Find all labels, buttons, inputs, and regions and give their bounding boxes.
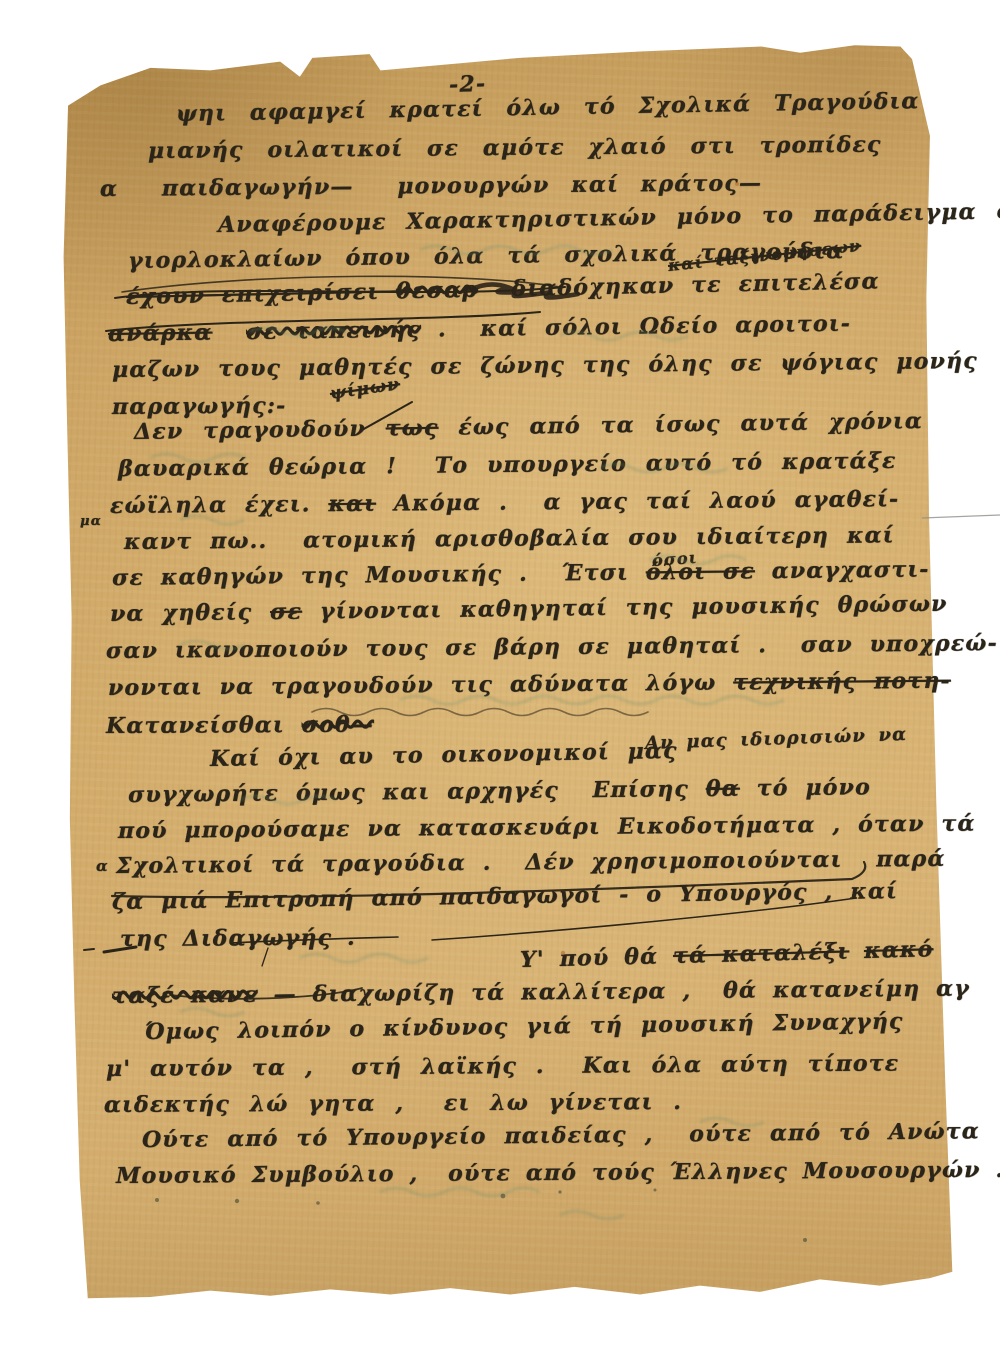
manuscript-line: να χηθείς σε γίνονται καθηγηταί της μουσ…	[110, 591, 948, 627]
margin-note: μα	[80, 514, 102, 529]
manuscript-line: Σχολτικοί τά τραγούδια . Δέν χρησιμοποιο…	[116, 846, 946, 879]
handwritten-text: Σχολτικοί τά τραγούδια . Δέν χρησιμοποιο…	[116, 846, 946, 879]
handwritten-text	[212, 319, 246, 345]
handwritten-text: Αν μας ιδιορισιών να	[645, 724, 908, 754]
struck-text: θεσαρ	[396, 277, 478, 305]
struck-text: σε ταπεινής	[246, 317, 421, 345]
manuscript-line: μ' αυτόν τα , στή λαϊκής . Και όλα αύτη …	[106, 1050, 900, 1082]
handwritten-text: έως από τα ίσως αυτά χρόνια	[438, 408, 923, 441]
handwritten-text: ψηι αφαμγεί κρατεί όλω τό Σχολικά Τραγού…	[176, 88, 920, 127]
manuscript-line: παραγωγής:-	[112, 393, 287, 420]
manuscript-line: ψηι αφαμγεί κρατεί όλω τό Σχολικά Τραγού…	[176, 88, 920, 127]
manuscript-line: Κατανείσθαι σοθ—	[106, 712, 374, 739]
manuscript-line: καντ πω.. ατομική αρισθοβαλία σου ιδιαίτ…	[124, 522, 895, 555]
struck-text: τως	[386, 415, 439, 442]
manuscript-line: μιανής οιλατικοί σε αμότε χλαιό στι τροπ…	[148, 132, 882, 164]
manuscript-line: σαν ικανοποιούν τους σε βάρη σε μαθηταί …	[106, 630, 998, 664]
handwritten-text: . καί σόλοι Ωδείο αροιτοι-	[421, 311, 851, 343]
handwritten-text: σε καθηγών της Μουσικής . Έτσι	[112, 559, 646, 591]
manuscript-line: νονται να τραγουδούν τις αδύνατα λόγω τε…	[108, 668, 951, 701]
handwritten-text	[849, 938, 865, 964]
handwritten-text: μαζων τους μαθητές σε ζώνης της όλης σε …	[112, 348, 978, 383]
page-number: -2-	[449, 71, 487, 98]
manuscript-line: Μουσικό Συμβούλιο , ούτε από τούς Έλληνε…	[116, 1157, 1000, 1189]
manuscript-line: α παιδαγωγήν— μονουργών καί κράτος—	[100, 170, 762, 202]
struck-text: σοθ—	[302, 712, 375, 738]
handwritten-text: Καί όχι αυ το οικονομικοί μας	[210, 738, 678, 772]
handwritten-text: Αναφέρουμε Χαρακτηριστικών μόνο το παράδ…	[218, 198, 1000, 238]
handwritten-text: να χηθείς	[110, 599, 270, 627]
manuscript-line: έχουν επιχειρίσει θεσαρ διαδόχηκαν τε επ…	[126, 268, 880, 310]
handwritten-text: Υ' πού θά	[520, 943, 674, 973]
handwritten-text: εώϊληλα έχει.	[110, 491, 329, 519]
handwritten-text: σαν ικανοποιούν τους σε βάρη σε μαθηταί …	[106, 630, 998, 664]
handwritten-text: αιδεκτής λώ γητα , ει λω γίνεται .	[104, 1089, 682, 1118]
manuscript-line: ανάρκα σε ταπεινής . καί σόλοι Ωδείο αρο…	[108, 311, 851, 347]
struck-text: έχουν επιχειρίσει	[126, 278, 397, 310]
margin-note: α	[96, 857, 109, 875]
handwritten-text: Κατανείσθαι	[106, 712, 302, 739]
struck-text: τά καταλέξι	[673, 938, 850, 969]
struck-text: τεχνικής ποτη-	[733, 668, 951, 696]
manuscript-line: εώϊληλα έχει. και Ακόμα . α γας ταί λαού…	[110, 486, 900, 519]
struck-text: ταξέ κανε	[112, 982, 258, 1009]
manuscript-line: σε καθηγών της Μουσικής . Έτσι όλοι σε α…	[112, 556, 930, 591]
handwritten-text: Όμως λοιπόν ο κίνδυνος γιά τή μουσική Συ…	[145, 1008, 904, 1045]
manuscript-line: Όμως λοιπόν ο κίνδυνος γιά τή μουσική Συ…	[145, 1008, 904, 1045]
inserted-correction: όσοι	[651, 548, 698, 570]
struck-text: ανάρκα	[108, 320, 213, 347]
manuscript-line: βαυαρικά θεώρια ! Το υπουργείο αυτό τό κ…	[118, 448, 897, 482]
handwritten-text: α παιδαγωγήν— μονουργών καί κράτος—	[100, 170, 762, 202]
manuscript-line: συγχωρήτε όμως και αρχηγές Επίσης θα τό …	[128, 774, 871, 808]
handwritten-text: της Διδαγωγής .	[120, 925, 356, 952]
manuscript-line: αιδεκτής λώ γητα , ει λω γίνεται .	[104, 1089, 682, 1118]
handwritten-text: Μουσικό Συμβούλιο , ούτε από τούς Έλληνε…	[116, 1157, 1000, 1189]
handwritten-text: όσοι	[651, 548, 698, 570]
struck-text: σε	[270, 599, 302, 625]
handwritten-text: Ακόμα . α γας ταί λαού αγαθεί-	[376, 486, 899, 517]
manuscript-line: Αναφέρουμε Χαρακτηριστικών μόνο το παράδ…	[218, 198, 1000, 238]
manuscript-line: ζα μιά Επιτροπή από παιδαγωγοί - ο Υπουρ…	[112, 878, 898, 915]
handwritten-text: αναγχαστι-	[755, 556, 930, 584]
handwritten-text: πού μπορούσαμε να κατασκευάρι Εικοδοτήμα…	[118, 811, 976, 844]
handwritten-text: α	[96, 857, 109, 875]
handwritten-text: μα	[80, 514, 102, 529]
handwritten-text: βαυαρικά θεώρια ! Το υπουργείο αυτό τό κ…	[118, 448, 897, 482]
handwritten-text: Δεν τραγουδούν	[134, 415, 386, 445]
struck-text: και	[328, 491, 376, 517]
handwritten-text: γίνονται καθηγηταί της μουσικής θρώσων	[302, 591, 948, 625]
struck-text: κακό	[864, 936, 934, 964]
handwritten-text: τό μόνο	[740, 774, 871, 801]
manuscript-line: ταξέ κανε — διαχωρίζη τά καλλίτερα , θά …	[112, 976, 970, 1009]
manuscript-line: μαζων τους μαθητές σε ζώνης της όλης σε …	[112, 348, 978, 383]
manuscript-line: της Διδαγωγής .	[120, 925, 356, 952]
handwritten-text: νονται να τραγουδούν τις αδύνατα λόγω	[108, 670, 733, 701]
handwritten-text: παραγωγής:-	[112, 393, 287, 420]
manuscript-line: Υ' πού θά τά καταλέξι κακό	[520, 936, 934, 973]
handwritten-text: μιανής οιλατικοί σε αμότε χλαιό στι τροπ…	[148, 132, 882, 164]
manuscript-line: Ούτε από τό Υπουργείο παιδείας , ούτε απ…	[142, 1118, 980, 1153]
handwritten-text: -2-	[449, 71, 487, 98]
struck-text: θα	[706, 776, 740, 802]
handwritten-text: διαδόχηκαν τε επιτελέσα	[478, 268, 880, 302]
inserted-note: Αν μας ιδιορισιών να	[645, 724, 908, 754]
manuscript-text-layer: -2-ψηι αφαμγεί κρατεί όλω τό Σχολικά Τρα…	[0, 0, 1000, 1348]
manuscript-line: Καί όχι αυ το οικονομικοί μας	[210, 738, 678, 772]
photo-backdrop: -2-ψηι αφαμγεί κρατεί όλω τό Σχολικά Τρα…	[0, 0, 1000, 1348]
handwritten-text: — διαχωρίζη τά καλλίτερα , θά κατανείμη …	[258, 976, 971, 1008]
handwritten-text: Ούτε από τό Υπουργείο παιδείας , ούτε απ…	[142, 1118, 980, 1153]
handwritten-text: καντ πω.. ατομική αρισθοβαλία σου ιδιαίτ…	[124, 522, 895, 555]
handwritten-text: συγχωρήτε όμως και αρχηγές Επίσης	[128, 776, 706, 808]
manuscript-line: πού μπορούσαμε να κατασκευάρι Εικοδοτήμα…	[118, 811, 976, 844]
handwritten-text: ζα μιά Επιτροπή από παιδαγωγοί - ο Υπουρ…	[112, 878, 898, 915]
handwritten-text: μ' αυτόν τα , στή λαϊκής . Και όλα αύτη …	[106, 1050, 900, 1082]
